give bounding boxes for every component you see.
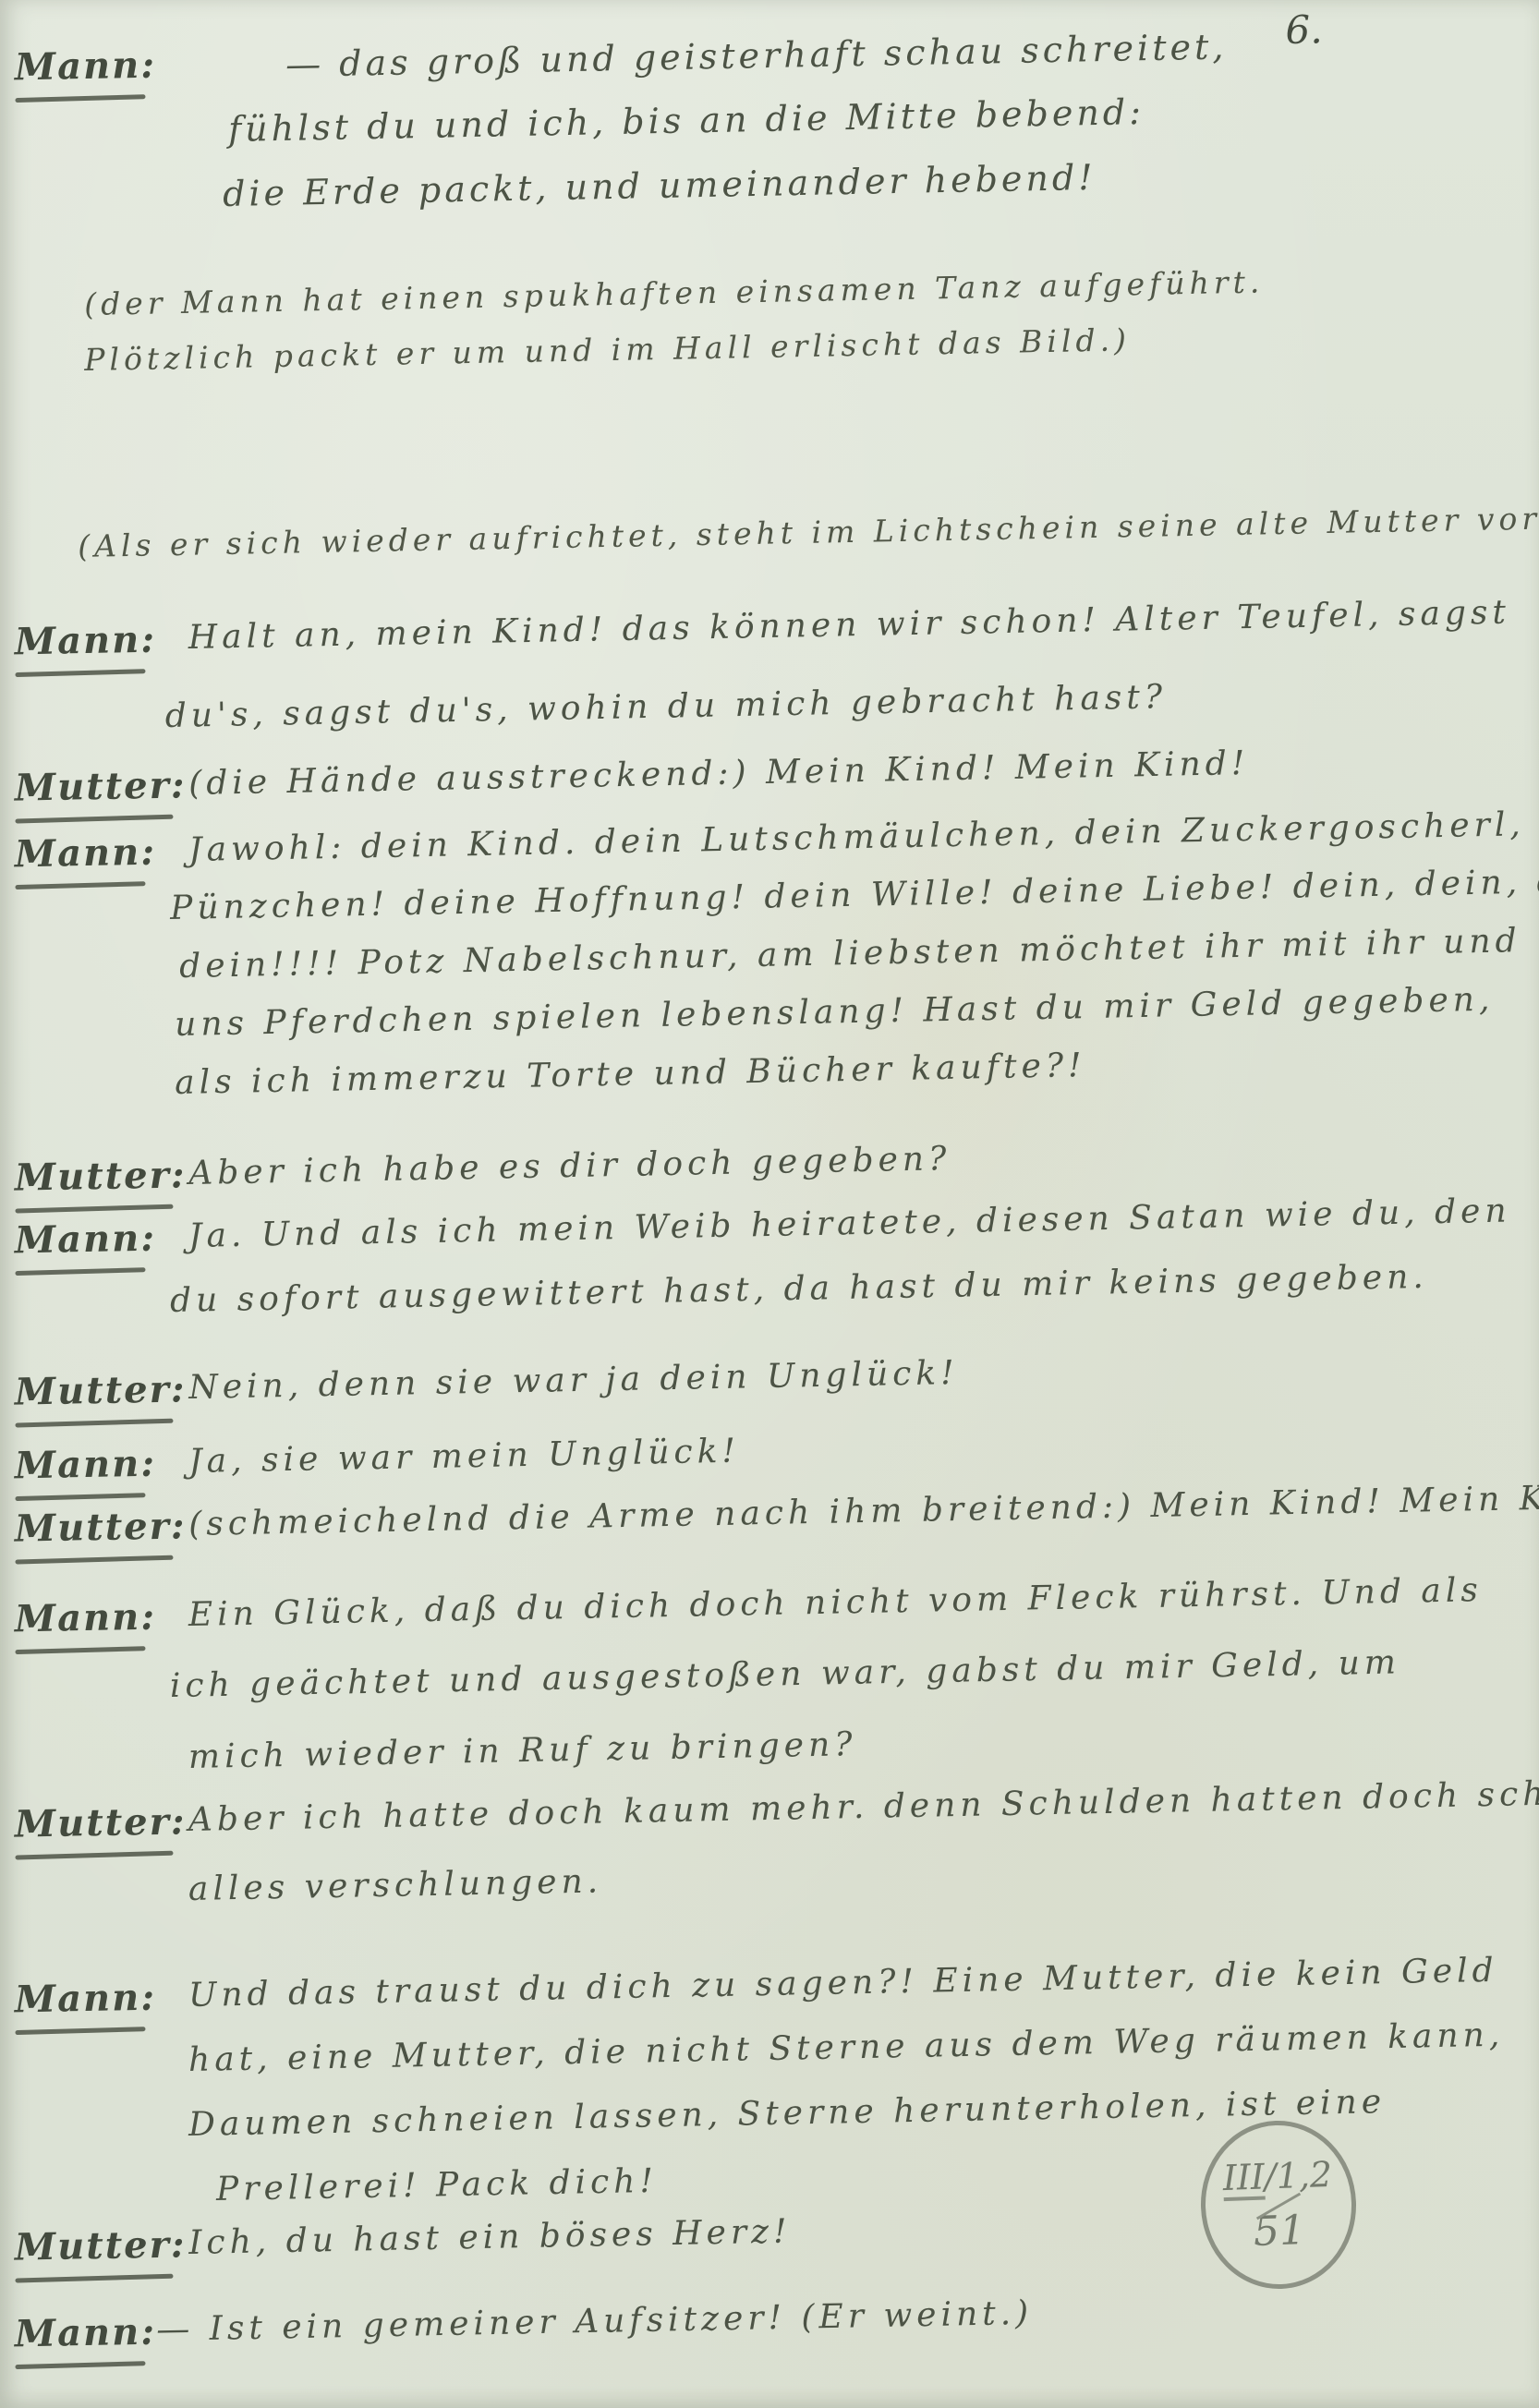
speaker-label-mann: Mann: [14, 1976, 156, 2035]
stage-direction-second: (Als er sich wieder aufrichtet, steht im… [79, 528, 1539, 584]
speaker-label-mutter: Mutter: [14, 1504, 187, 1563]
dialogue-block: Mann: Jawohl: dein Kind. dein Lutschmäul… [0, 831, 1539, 1122]
stamp-roman-numeral: III [1222, 2159, 1266, 2201]
speaker-label-mutter: Mutter: [14, 2222, 187, 2281]
dialogue-block: Mutter: Nein, denn sie war ja dein Unglü… [0, 1369, 1539, 1424]
dialogue-block: Mann: — Ist ein gemeiner Aufsitzer! (Er … [0, 2311, 1539, 2366]
speaker-label-mann: Mann: [14, 2310, 156, 2369]
speaker-label-mann: Mann: [14, 43, 156, 103]
speaker-label-mutter: Mutter: [14, 1799, 187, 1858]
stage-direction-first: (der Mann hat einen spukhaften einsamen … [85, 286, 1265, 397]
speaker-label-mutter: Mutter: [14, 1153, 187, 1212]
speaker-label-mann: Mann: [14, 618, 156, 677]
speaker-label-mann: Mann: [14, 1442, 156, 1501]
stamp-suffix: /1,2 [1264, 2156, 1333, 2194]
dialogue-line: — Ist ein gemeiner Aufsitzer! (Er weint.… [156, 2284, 1539, 2366]
stage-direction-line: (Als er sich wieder aufrichtet, steht im… [78, 498, 1539, 584]
manuscript-page: 6. Mann: — das groß und geisterhaft scha… [0, 0, 1539, 2408]
stamp-fraction-top: III/1,2 [1222, 2156, 1333, 2200]
dialogue-block: Mutter: (schmeichelnd die Arme nach ihm … [0, 1506, 1539, 1561]
dialogue-block: Mann: Ja. Und als ich mein Weib heiratet… [0, 1217, 1539, 1347]
dialogue-block: Mann: Ein Glück, daß du dich doch nicht … [0, 1596, 1539, 1809]
speaker-label-mann: Mann: [14, 830, 156, 889]
speaker-label-mutter: Mutter: [14, 763, 187, 822]
speaker-label-mann: Mann: [14, 1595, 156, 1654]
speaker-label-mutter: Mutter: [14, 1367, 187, 1426]
speaker-label-mann: Mann: [14, 1216, 156, 1276]
dialogue-block: Mutter: Aber ich hatte doch kaum mehr. d… [0, 1801, 1539, 1940]
verse-block: Mann: — das groß und geisterhaft schau s… [0, 44, 1539, 238]
dialogue-line: Nein, denn sie war ja dein Unglück! [188, 1343, 1539, 1424]
